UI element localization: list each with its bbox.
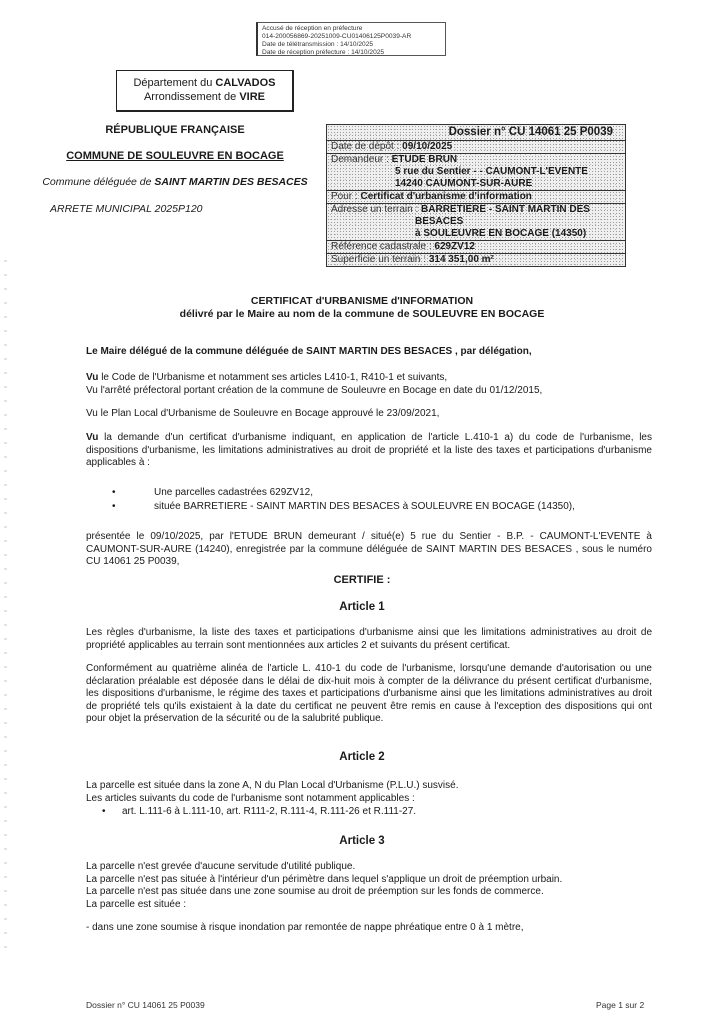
departement-line: Département du CALVADOS bbox=[117, 76, 292, 90]
vu-keyword: Vu bbox=[86, 372, 98, 383]
commune-deleguee-prefix: Commune déléguée de bbox=[42, 176, 154, 188]
article-3-paragraph: La parcelle n'est grevée d'aucune servit… bbox=[86, 861, 652, 911]
commune-deleguee-name: SAINT MARTIN DES BESACES bbox=[154, 176, 307, 188]
article-3-line: La parcelle n'est pas située dans une zo… bbox=[86, 886, 652, 899]
vu-plu-line: Vu le Plan Local d'Urbanisme de Souleuvr… bbox=[86, 408, 652, 421]
date-depot-row: Date de dépôt : 09/10/2025 bbox=[327, 140, 625, 153]
adresse-label: Adresse un terrain : bbox=[331, 204, 421, 215]
article-3-line: La parcelle n'est pas située à l'intérie… bbox=[86, 874, 652, 887]
stamp-line: Date de télétransmission : 14/10/2025 bbox=[262, 41, 441, 49]
bullet-icon: • bbox=[102, 806, 122, 817]
demandeur-label: Demandeur : bbox=[331, 154, 392, 165]
vu-code-text: le Code de l'Urbanisme et notamment ses … bbox=[98, 372, 447, 383]
vu-arrete-line: Vu l'arrêté préfectoral portant création… bbox=[86, 385, 652, 398]
stamp-line: Date de réception préfecture : 14/10/202… bbox=[262, 49, 441, 57]
reference-value: 629ZV12 bbox=[434, 241, 475, 252]
stamp-line: 014-200056869-20251009-CU01406125P0039-A… bbox=[262, 33, 441, 41]
vu-code-line: Vu le Code de l'Urbanisme et notamment s… bbox=[86, 372, 652, 385]
footer-page-number: Page 1 sur 2 bbox=[596, 1000, 644, 1010]
bullet-text: Une parcelles cadastrées 629ZV12, bbox=[154, 486, 313, 500]
article-1-paragraph-1: Les règles d'urbanisme, la liste des tax… bbox=[86, 627, 652, 652]
adresse-line3: à SOULEUVRE EN BOCAGE (14350) bbox=[331, 228, 621, 240]
vu-demande-paragraph: Vu la demande d'un certificat d'urbanism… bbox=[86, 432, 652, 470]
arrete-number: ARRETE MUNICIPAL 2025P120 bbox=[50, 203, 203, 215]
demandeur-name: ETUDE BRUN bbox=[392, 154, 458, 165]
bullet-icon: • bbox=[112, 486, 154, 500]
certifie-heading: CERTIFIE : bbox=[0, 574, 724, 586]
vu-demande-text: la demande d'un certificat d'urbanisme i… bbox=[86, 432, 652, 468]
superficie-value: 314 351,00 m² bbox=[429, 254, 494, 265]
vu-keyword: Vu bbox=[86, 432, 98, 443]
superficie-row: Superficie un terrain : 314 351,00 m² bbox=[327, 253, 625, 266]
demandeur-address-line1: 5 rue du Sentier - - CAUMONT-L'EVENTE bbox=[331, 166, 621, 178]
commune-heading: COMMUNE DE SOULEUVRE EN BOCAGE bbox=[40, 150, 310, 162]
arrondissement-line: Arrondissement de VIRE bbox=[117, 90, 292, 104]
scan-margin-artifacts bbox=[4, 260, 7, 960]
certificate-title-line2: délivré par le Maire au nom de la commun… bbox=[0, 308, 724, 321]
article-3-risk-line: - dans une zone soumise à risque inondat… bbox=[86, 922, 652, 935]
article-3-line: La parcelle n'est grevée d'aucune servit… bbox=[86, 861, 652, 874]
maire-statement: Le Maire délégué de la commune déléguée … bbox=[86, 346, 652, 359]
arrondissement-name: VIRE bbox=[239, 91, 265, 103]
dossier-number: Dossier n° CU 14061 25 P0039 bbox=[327, 125, 625, 140]
presentee-paragraph: présentée le 09/10/2025, par l'ETUDE BRU… bbox=[86, 531, 652, 569]
article-3-line: La parcelle est située : bbox=[86, 899, 652, 912]
republique-heading: RÉPUBLIQUE FRANÇAISE bbox=[40, 124, 310, 136]
article-2-zone-line: La parcelle est située dans la zone A, N… bbox=[86, 780, 652, 793]
demandeur-row: Demandeur : ETUDE BRUN 5 rue du Sentier … bbox=[327, 153, 625, 190]
arrondissement-prefix: Arrondissement de bbox=[144, 91, 239, 103]
stamp-line: Accusé de réception en préfecture bbox=[262, 25, 441, 33]
article-3-heading: Article 3 bbox=[0, 835, 724, 847]
article-2-bullet: •art. L.111-6 à L.111-10, art. R111-2, R… bbox=[102, 806, 416, 817]
departement-box: Département du CALVADOS Arrondissement d… bbox=[116, 70, 294, 112]
pour-value: Certificat d'urbanisme d'information bbox=[360, 191, 531, 202]
departement-prefix: Département du bbox=[133, 77, 215, 89]
demandeur-address-line2: 14240 CAUMONT-SUR-AURE bbox=[331, 178, 621, 190]
vu-code-paragraph: Vu le Code de l'Urbanisme et notamment s… bbox=[86, 372, 652, 397]
bullet-icon: • bbox=[112, 500, 154, 514]
certificate-title-line1: CERTIFICAT d'URBANISME d'INFORMATION bbox=[0, 295, 724, 308]
reference-cadastrale-row: Référence cadastrale : 629ZV12 bbox=[327, 240, 625, 253]
list-item: •située BARRETIERE - SAINT MARTIN DES BE… bbox=[112, 500, 575, 514]
date-depot-label: Date de dépôt : bbox=[331, 141, 402, 152]
footer-dossier-number: Dossier n° CU 14061 25 P0039 bbox=[86, 1000, 205, 1010]
parcel-bullet-list: •Une parcelles cadastrées 629ZV12, •situ… bbox=[112, 486, 575, 513]
dossier-info-table: Dossier n° CU 14061 25 P0039 Date de dép… bbox=[326, 124, 626, 267]
article-1-paragraph-2: Conformément au quatrième alinéa de l'ar… bbox=[86, 663, 652, 726]
list-item: •Une parcelles cadastrées 629ZV12, bbox=[112, 486, 575, 500]
commune-deleguee: Commune déléguée de SAINT MARTIN DES BES… bbox=[40, 176, 310, 189]
adresse-row: Adresse un terrain : BARRETIERE - SAINT … bbox=[327, 203, 625, 240]
article-1-heading: Article 1 bbox=[0, 601, 724, 613]
article-2-applicable-line: Les articles suivants du code de l'urban… bbox=[86, 793, 652, 806]
certificate-title: CERTIFICAT d'URBANISME d'INFORMATION dél… bbox=[0, 295, 724, 321]
pour-row: Pour : Certificat d'urbanisme d'informat… bbox=[327, 190, 625, 203]
date-depot-value: 09/10/2025 bbox=[402, 141, 452, 152]
bullet-text: art. L.111-6 à L.111-10, art. R111-2, R.… bbox=[122, 806, 416, 817]
superficie-label: Superficie un terrain : bbox=[331, 254, 429, 265]
bullet-text: située BARRETIERE - SAINT MARTIN DES BES… bbox=[154, 500, 575, 514]
article-2-paragraph: La parcelle est située dans la zone A, N… bbox=[86, 780, 652, 805]
departement-name: CALVADOS bbox=[215, 77, 275, 89]
reference-label: Référence cadastrale : bbox=[331, 241, 434, 252]
prefecture-receipt-stamp: Accusé de réception en préfecture 014-20… bbox=[256, 22, 446, 56]
pour-label: Pour : bbox=[331, 191, 360, 202]
article-2-heading: Article 2 bbox=[0, 751, 724, 763]
adresse-line1: BARRETIERE - SAINT MARTIN DES bbox=[421, 204, 590, 215]
adresse-line2: BESACES bbox=[331, 216, 621, 228]
